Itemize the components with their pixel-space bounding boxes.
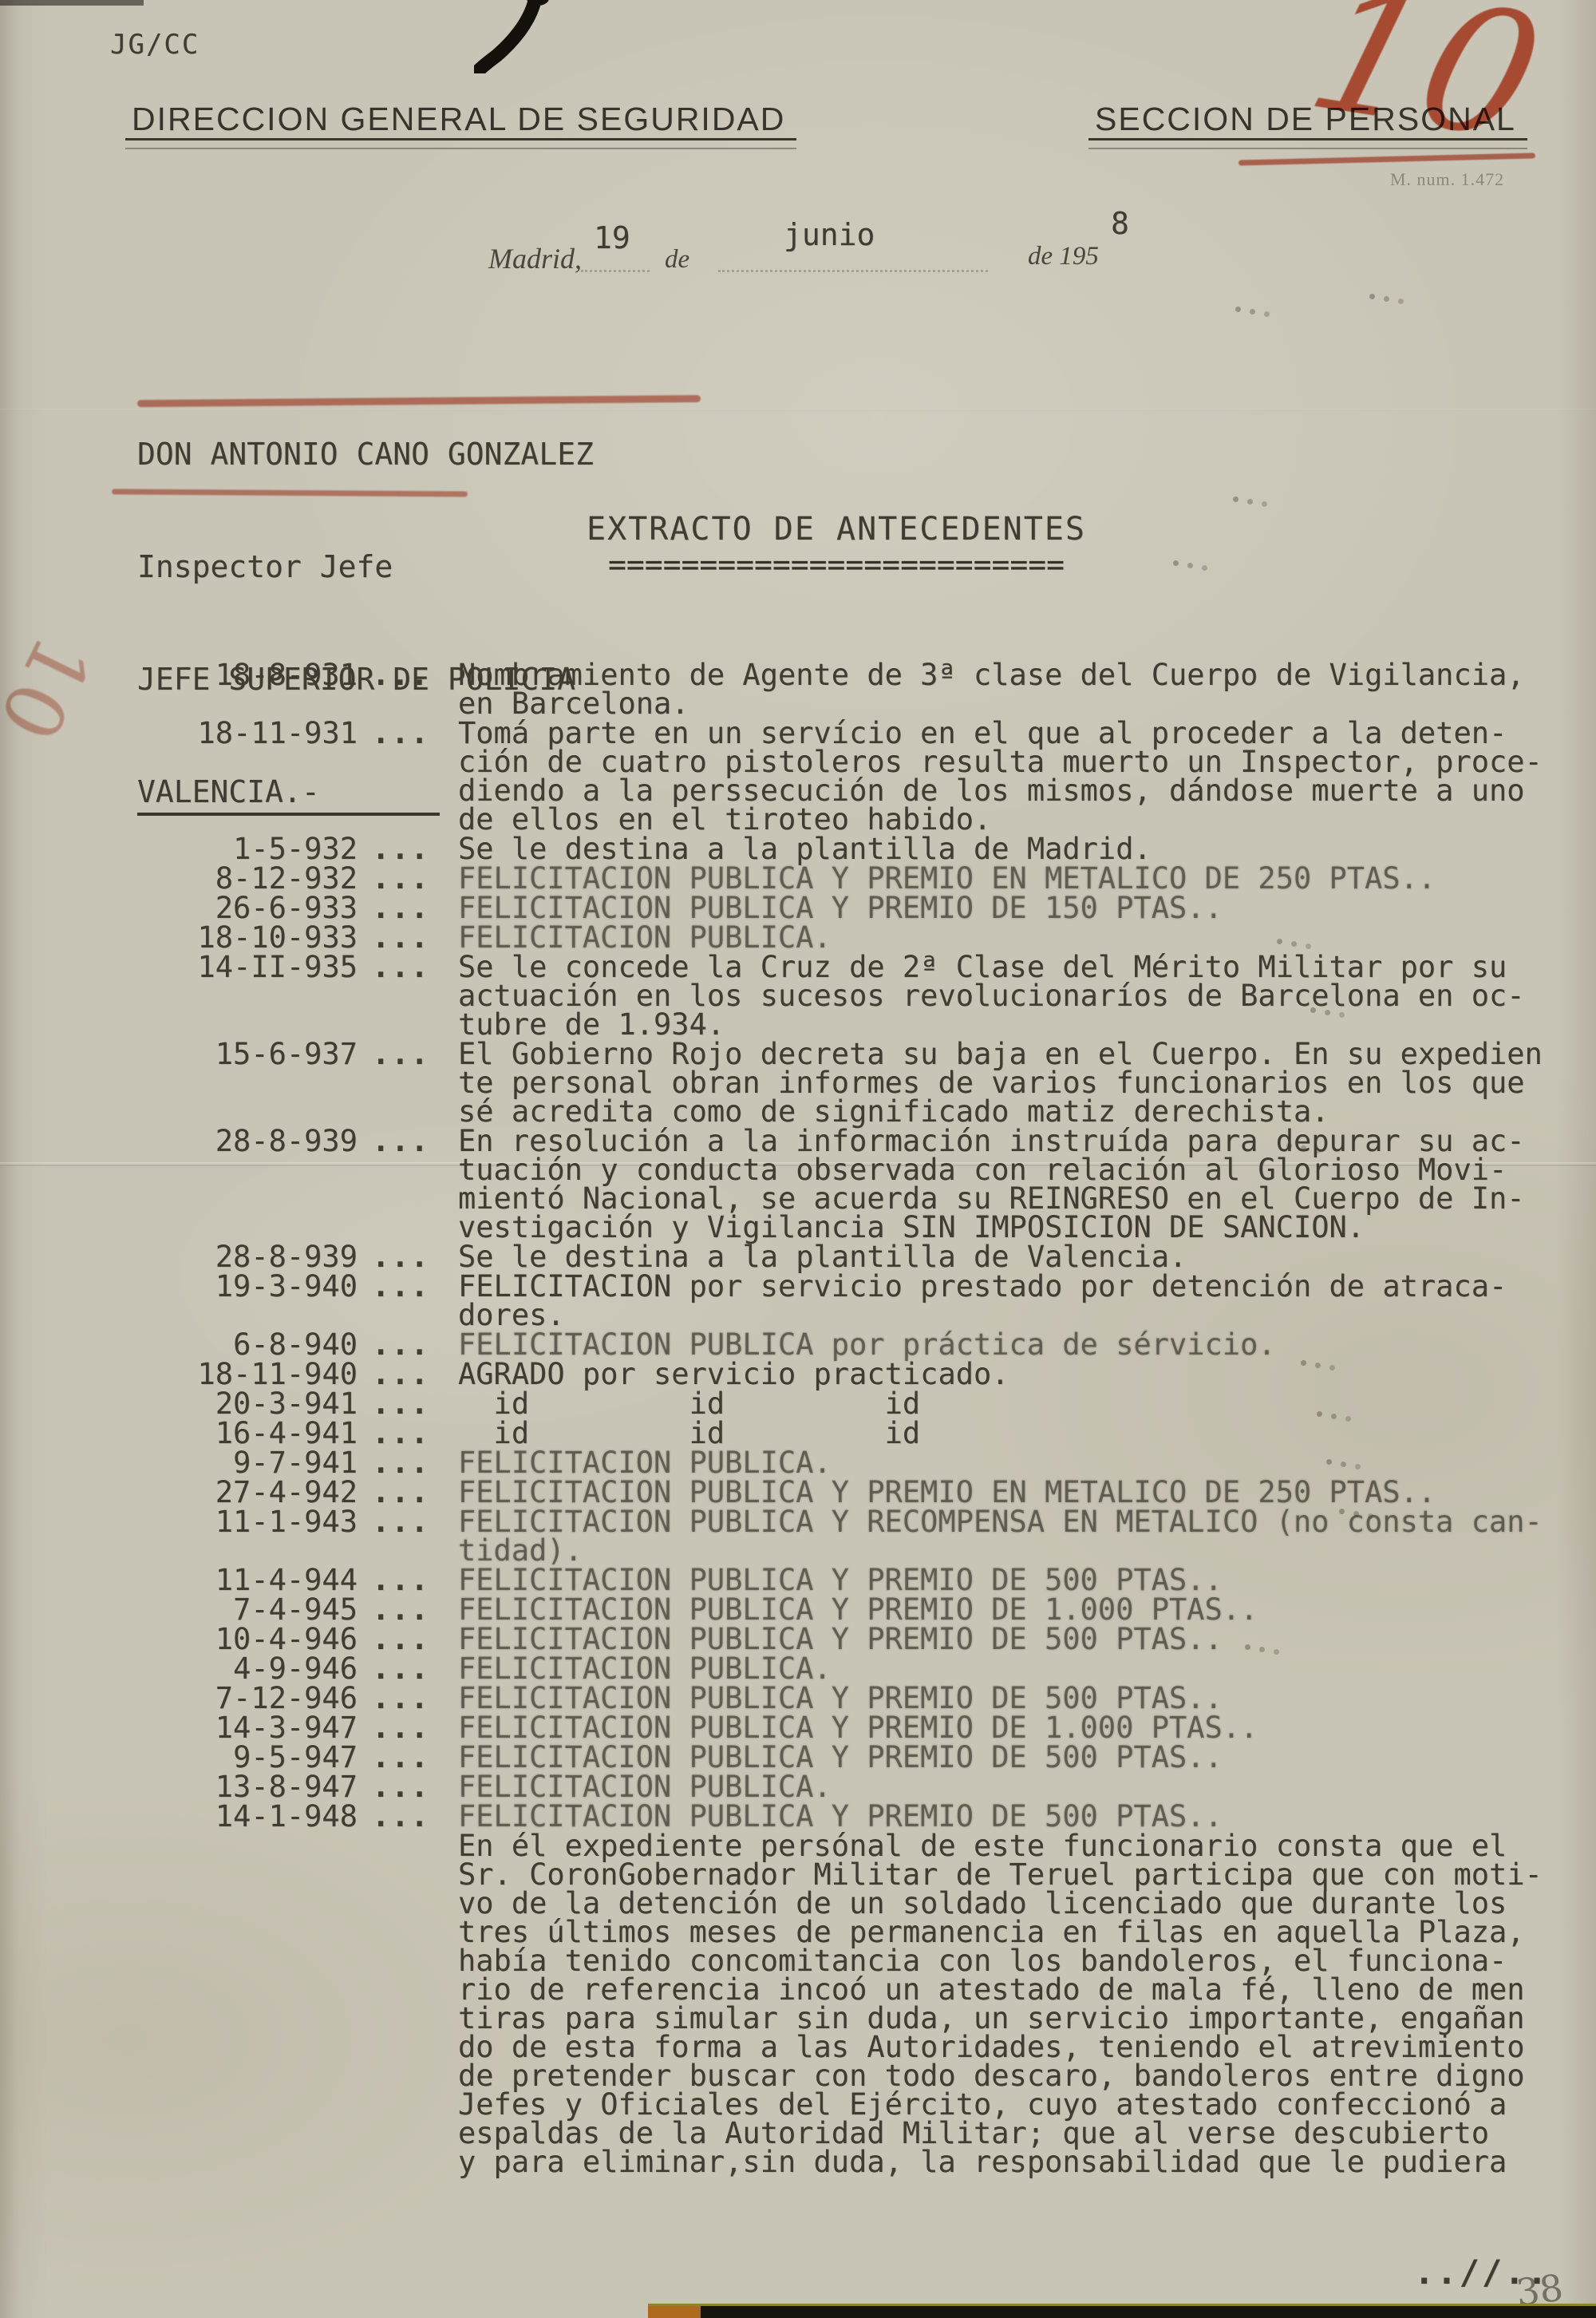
entry-separator-dots: ... [358,1243,458,1272]
entry-text: FELICITACION PUBLICA Y PREMIO DE 500 PTA… [458,1743,1556,1772]
ghost-dots [1235,307,1241,312]
entry-date: 18-11-931 [120,719,358,748]
entry-text: FELICITACION PUBLICA. [458,1773,1556,1802]
entry-separator-dots: ... [358,1419,458,1448]
entry-text: FELICITACION PUBLICA. [458,1655,1556,1683]
entry-separator-dots: ... [358,1625,458,1654]
antecedent-entry: 13-8-947...FELICITACION PUBLICA. [120,1773,1556,1802]
entry-separator-dots: ... [358,1360,458,1389]
entry-separator-dots: ... [358,1390,458,1418]
antecedent-entry: 1-5-932...Se le destina a la plantilla d… [120,835,1556,864]
entry-text: FELICITACION PUBLICA Y PREMIO DE 500 PTA… [458,1802,1556,1831]
entry-separator-dots: ... [358,1802,458,1831]
reference-code: JG/CC [110,29,199,61]
ghost-dots [1173,560,1179,566]
entry-separator-dots: ... [358,1449,458,1477]
dateline-blank-day [581,270,650,272]
entry-date: 16-4-941 [120,1419,358,1448]
ghost-dots [1369,294,1375,299]
dateline-month-typed: junio [784,217,875,252]
entries-list: 18-8-931...Nombramiento de Agente de 3ª … [120,661,1556,2178]
antecedent-entry: 9-5-947...FELICITACION PUBLICA Y PREMIO … [120,1743,1556,1772]
ink-blot-artifact [474,0,562,77]
ghost-dots [1326,1459,1332,1465]
entry-separator-dots: ... [358,1331,458,1359]
entry-text: FELICITACION PUBLICA. [458,1449,1556,1477]
ghost-dots [1277,939,1282,944]
red-pencil-number-margin: 10 [0,625,102,751]
ghost-dots [1317,1411,1322,1417]
antecedent-entry: 26-6-933...FELICITACION PUBLICA Y PREMIO… [120,894,1556,923]
entry-date: 27-4-942 [120,1478,358,1507]
entry-text: FELICITACION PUBLICA Y PREMIO DE 1.000 P… [458,1596,1556,1624]
dateline-city: Madrid, [488,242,582,275]
entry-separator-dots: ... [358,1655,458,1683]
antecedent-entry: 7-4-945...FELICITACION PUBLICA Y PREMIO … [120,1596,1556,1624]
entry-date: 18-8-931 [120,661,358,690]
entry-separator-dots: ... [358,1508,458,1537]
entry-date: 1-5-932 [120,835,358,864]
entry-separator-dots: ... [358,835,458,864]
entry-date: 26-6-933 [120,894,358,923]
entry-text: Se le destina a la plantilla de Valencia… [458,1243,1556,1272]
antecedent-entry: En él expediente persónal de este funcio… [120,1832,1556,2177]
document-page: JG/CC DIRECCION GENERAL DE SEGURIDAD SEC… [0,0,1596,2318]
antecedent-entry: 4-9-946...FELICITACION PUBLICA. [120,1655,1556,1683]
antecedent-entry: 6-8-940...FELICITACION PUBLICA por práct… [120,1331,1556,1359]
entry-date: 7-4-945 [120,1596,358,1624]
antecedent-entry: 18-11-940...AGRADO por servicio practica… [120,1360,1556,1389]
entry-separator-dots: ... [358,1566,458,1595]
entry-text: En resolución a la información instruída… [458,1127,1556,1242]
entry-separator-dots: ... [358,1714,458,1742]
entry-text: Se le concede la Cruz de 2ª Clase del Mé… [458,953,1556,1039]
dateline-year-digit-typed: 8 [1111,206,1129,241]
entry-separator-dots: ... [358,1040,458,1069]
antecedent-entry: 18-10-933...FELICITACION PUBLICA. [120,924,1556,952]
entry-text: id id id [458,1390,1556,1418]
entry-date: 9-7-941 [120,1449,358,1477]
entry-text: FELICITACION PUBLICA por práctica de sér… [458,1331,1556,1359]
header-office-left-text: DIRECCION GENERAL DE SEGURIDAD [132,101,785,149]
entry-text: FELICITACION PUBLICA Y PREMIO DE 1.000 P… [458,1714,1556,1742]
entry-date: 11-4-944 [120,1566,358,1595]
entry-text: FELICITACION PUBLICA Y PREMIO DE 500 PTA… [458,1625,1556,1654]
entry-date: 14-1-948 [120,1802,358,1831]
dateline-year-prefix: de 195 [1028,242,1099,271]
entry-separator-dots: ... [358,894,458,923]
entry-date: 6-8-940 [120,1331,358,1359]
entry-text: Se le destina a la plantilla de Madrid. [458,835,1556,864]
entry-date: 15-6-937 [120,1040,358,1069]
entry-date: 11-1-943 [120,1508,358,1537]
ghost-dots [1245,1644,1250,1650]
entry-date: 18-11-940 [120,1360,358,1389]
entry-text: id id id [458,1419,1556,1448]
document-title-text: EXTRACTO DE ANTECEDENTES [587,511,1086,548]
entry-text: El Gobierno Rojo decreta su baja en el C… [458,1040,1556,1126]
entry-separator-dots: ... [358,953,458,982]
entry-text: FELICITACION PUBLICA Y RECOMPENSA EN MET… [458,1508,1556,1565]
entry-date: 19-3-940 [120,1272,358,1301]
entry-separator-dots: ... [358,1773,458,1802]
antecedent-entry: 14-3-947...FELICITACION PUBLICA Y PREMIO… [120,1714,1556,1742]
antecedent-entry: 11-4-944...FELICITACION PUBLICA Y PREMIO… [120,1566,1556,1595]
ghost-dots [1301,1360,1306,1366]
antecedent-entry: 16-4-941... id id id [120,1419,1556,1448]
document-title-underline: ========================= [0,547,1596,582]
entry-text: FELICITACION por servicio prestado por d… [458,1272,1556,1330]
antecedent-entry: 14-1-948...FELICITACION PUBLICA Y PREMIO… [120,1802,1556,1831]
entry-separator-dots: ... [358,864,458,893]
antecedent-entry: 9-7-941...FELICITACION PUBLICA. [120,1449,1556,1477]
scan-bottom-edge-orange [648,2306,701,2318]
ghost-dots [1310,1007,1316,1013]
antecedent-entry: 10-4-946...FELICITACION PUBLICA Y PREMIO… [120,1625,1556,1654]
antecedent-entry: 11-1-943...FELICITACION PUBLICA Y RECOMP… [120,1508,1556,1565]
entry-date: 14-3-947 [120,1714,358,1742]
entry-separator-dots: ... [358,1684,458,1713]
entry-text: Tomá parte en un servício en el que al p… [458,719,1556,834]
entry-date: 20-3-941 [120,1390,358,1418]
entry-date: 8-12-932 [120,864,358,893]
entry-date: 4-9-946 [120,1655,358,1683]
entry-separator-dots: ... [358,1596,458,1624]
entry-separator-dots: ... [358,1743,458,1772]
antecedent-entry: 15-6-937...El Gobierno Rojo decreta su b… [120,1040,1556,1126]
entry-date: 9-5-947 [120,1743,358,1772]
red-pencil-number-top: 10 [1296,0,1556,164]
ghost-dots [1339,1509,1345,1514]
antecedent-entry: 14-II-935...Se le concede la Cruz de 2ª … [120,953,1556,1039]
entry-text: FELICITACION PUBLICA. [458,924,1556,952]
antecedent-entry: 28-8-939...En resolución a la informació… [120,1127,1556,1242]
scan-edge-artifact [0,0,144,6]
entry-text: En él expediente persónal de este funcio… [458,1832,1556,2177]
entry-date: 14-II-935 [120,953,358,982]
entry-date: 28-8-939 [120,1243,358,1272]
entry-separator-dots: ... [358,1272,458,1301]
entry-text: FELICITACION PUBLICA Y PREMIO DE 500 PTA… [458,1684,1556,1713]
addressee-name: DON ANTONIO CANO GONZALEZ [137,436,594,473]
entry-date: 18-10-933 [120,924,358,952]
dateline-de: de [665,245,689,275]
entry-text: FELICITACION PUBLICA Y PREMIO DE 150 PTA… [458,894,1556,923]
ghost-dots [1286,1143,1292,1149]
antecedent-entry: 28-8-939...Se le destina a la plantilla … [120,1243,1556,1272]
scan-bottom-edge [648,2304,1596,2318]
antecedent-entry: 18-8-931...Nombramiento de Agente de 3ª … [120,661,1556,718]
antecedent-entry: 8-12-932...FELICITACION PUBLICA Y PREMIO… [120,864,1556,893]
header-office-left: DIRECCION GENERAL DE SEGURIDAD [132,101,785,149]
entry-date: 13-8-947 [120,1773,358,1802]
entry-text: Nombramiento de Agente de 3ª clase del C… [458,661,1556,718]
entry-date: 10-4-946 [120,1625,358,1654]
antecedent-entry: 27-4-942...FELICITACION PUBLICA Y PREMIO… [120,1478,1556,1507]
entry-date: 28-8-939 [120,1127,358,1156]
ghost-dots [1233,496,1238,502]
antecedent-entry: 7-12-946...FELICITACION PUBLICA Y PREMIO… [120,1684,1556,1713]
dateline-day-typed: 19 [594,220,630,255]
entry-separator-dots: ... [358,924,458,952]
entry-text: FELICITACION PUBLICA Y PREMIO EN METALIC… [458,864,1556,893]
entry-separator-dots: ... [358,719,458,748]
entry-text: FELICITACION PUBLICA Y PREMIO DE 500 PTA… [458,1566,1556,1595]
antecedent-entry: 18-11-931...Tomá parte en un servício en… [120,719,1556,834]
entry-separator-dots: ... [358,1127,458,1156]
entry-separator-dots: ... [358,1478,458,1507]
entry-text: FELICITACION PUBLICA Y PREMIO EN METALIC… [458,1478,1556,1507]
entry-date: 7-12-946 [120,1684,358,1713]
antecedent-entry: 19-3-940...FELICITACION por servicio pre… [120,1272,1556,1330]
antecedent-entry: 20-3-941... id id id [120,1390,1556,1418]
entry-separator-dots: ... [358,661,458,690]
entry-text: AGRADO por servicio practicado. [458,1360,1556,1389]
document-title: EXTRACTO DE ANTECEDENTES [0,511,1596,548]
dateline-blank-month [718,270,988,272]
